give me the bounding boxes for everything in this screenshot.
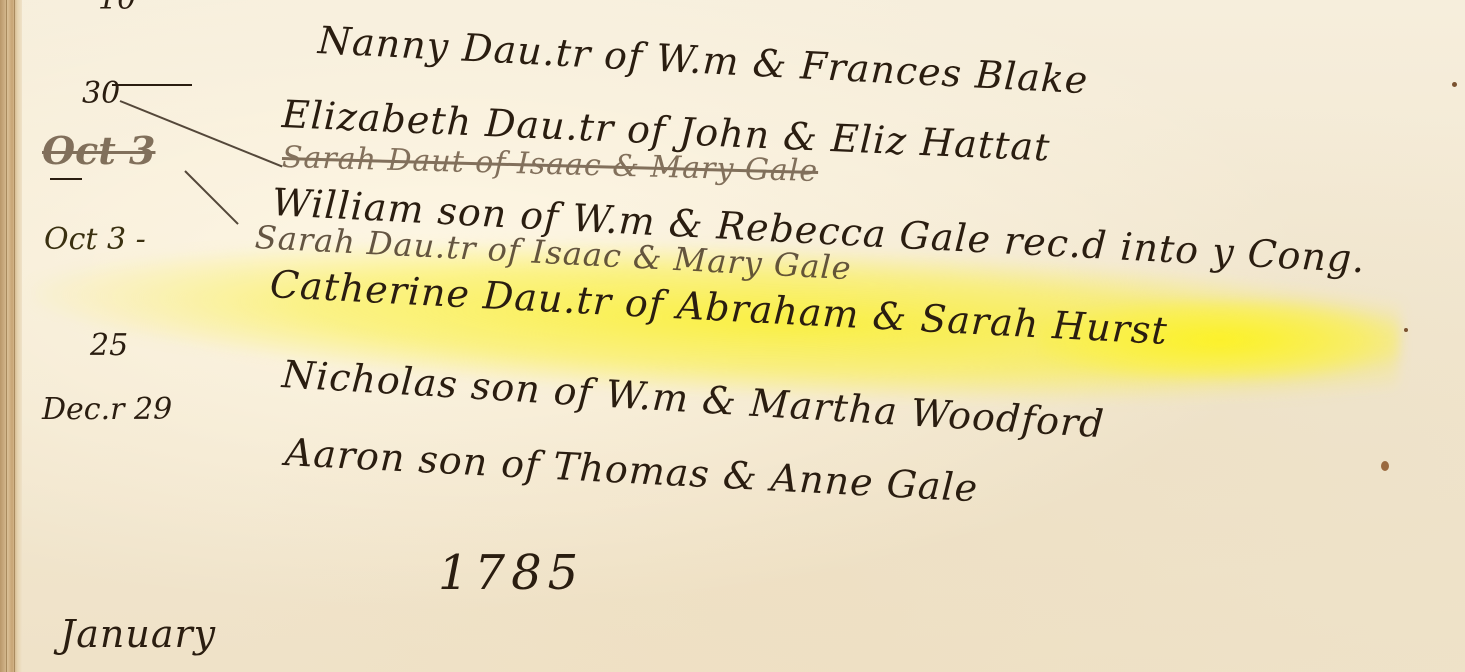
entry-date-struck: Oct 3 xyxy=(42,128,155,173)
entry-date: Oct 3 - xyxy=(44,222,146,257)
ink-spot xyxy=(1381,461,1389,471)
ink-spot xyxy=(1404,328,1408,332)
entry-date: 30 xyxy=(82,76,120,111)
dash-stroke xyxy=(50,178,82,180)
entry-text: Nanny Dau.tr of W.m & Frances Blake xyxy=(317,18,1090,102)
entry-text: Aaron son of Thomas & Anne Gale xyxy=(284,430,979,510)
entry-date: 10 xyxy=(98,0,136,17)
entry-date: Dec.r 29 xyxy=(42,392,172,427)
cross-out-stroke xyxy=(184,170,238,224)
dash-stroke xyxy=(112,84,192,86)
year-heading: 1785 xyxy=(438,545,584,601)
month-heading: January xyxy=(60,612,216,656)
entry-date: 25 xyxy=(90,328,128,363)
ink-spot xyxy=(1452,82,1457,87)
register-page: 10 Nanny Dau.tr of W.m & Frances Blake 3… xyxy=(0,0,1465,672)
book-binding-edge xyxy=(0,0,22,672)
